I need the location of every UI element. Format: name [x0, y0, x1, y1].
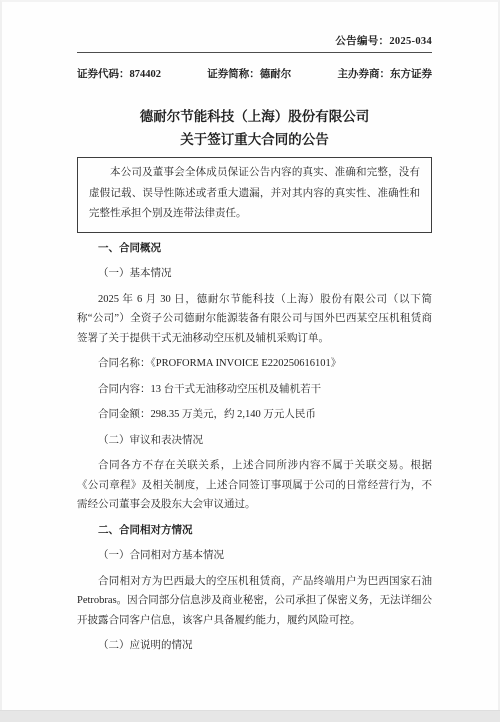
section1-subheading-review: （二）审议和表决情况 — [77, 431, 432, 451]
securities-code: 证券代码：874402 — [77, 66, 161, 81]
section1-paragraph-basic: 2025 年 6 月 30 日，德耐尔节能科技（上海）股份有限公司（以下简称“公… — [77, 290, 432, 349]
section1-paragraph-review: 合同各方不存在关联关系，上述合同所涉内容不属于关联交易。根据《公司章程》及相关制… — [77, 456, 432, 515]
announcement-number-label: 公告编号： — [335, 36, 389, 47]
disclaimer-box: 本公司及董事会全体成员保证公告内容的真实、准确和完整，没有虚假记载、误导性陈述或… — [77, 157, 432, 233]
securities-abbr: 证券简称：德耐尔 — [207, 66, 291, 81]
securities-abbr-label: 证券简称： — [207, 69, 260, 80]
masthead-row: 证券代码：874402 证券简称：德耐尔 主办券商：东方证券 — [77, 66, 432, 81]
announcement-number-row: 公告编号：2025-034 — [77, 33, 432, 53]
page-title-subject: 关于签订重大合同的公告 — [77, 128, 432, 151]
section2-heading: 二、合同相对方情况 — [77, 521, 432, 541]
sponsor-broker-value: 东方证券 — [390, 69, 432, 80]
securities-abbr-value: 德耐尔 — [260, 69, 292, 80]
document-page: 公告编号：2025-034 证券代码：874402 证券简称：德耐尔 主办券商：… — [0, 0, 500, 722]
contract-content-line: 合同内容：13 台干式无油移动空压机及辅机若干 — [77, 380, 432, 400]
disclaimer-text: 本公司及董事会全体成员保证公告内容的真实、准确和完整，没有虚假记载、误导性陈述或… — [89, 163, 420, 225]
securities-code-value: 874402 — [130, 69, 162, 80]
page-content: 公告编号：2025-034 证券代码：874402 证券简称：德耐尔 主办券商：… — [2, 33, 498, 656]
section1-heading: 一、合同概况 — [77, 239, 432, 259]
securities-code-label: 证券代码： — [77, 69, 130, 80]
section2-subheading-counterparty: （一）合同相对方基本情况 — [77, 546, 432, 566]
announcement-number: 2025-034 — [389, 36, 432, 47]
contract-name-line: 合同名称：《PROFORMA INVOICE E220250616101》 — [77, 354, 432, 374]
section2-subheading-notes: （二）应说明的情况 — [77, 636, 432, 656]
page-title-company: 德耐尔节能科技（上海）股份有限公司 — [77, 105, 432, 128]
section1-subheading-basic: （一）基本情况 — [77, 264, 432, 284]
sponsor-broker: 主办券商：东方证券 — [338, 66, 433, 81]
section2-paragraph-counterparty: 合同相对方为巴西最大的空压机租赁商，产品终端用户为巴西国家石油 Petrobra… — [77, 572, 432, 631]
page-title: 德耐尔节能科技（上海）股份有限公司 关于签订重大合同的公告 — [77, 105, 432, 151]
sponsor-broker-label: 主办券商： — [338, 69, 391, 80]
page-bottom-shadow — [0, 710, 500, 722]
contract-amount-line: 合同金额：298.35 万美元，约 2,140 万元人民币 — [77, 405, 432, 425]
